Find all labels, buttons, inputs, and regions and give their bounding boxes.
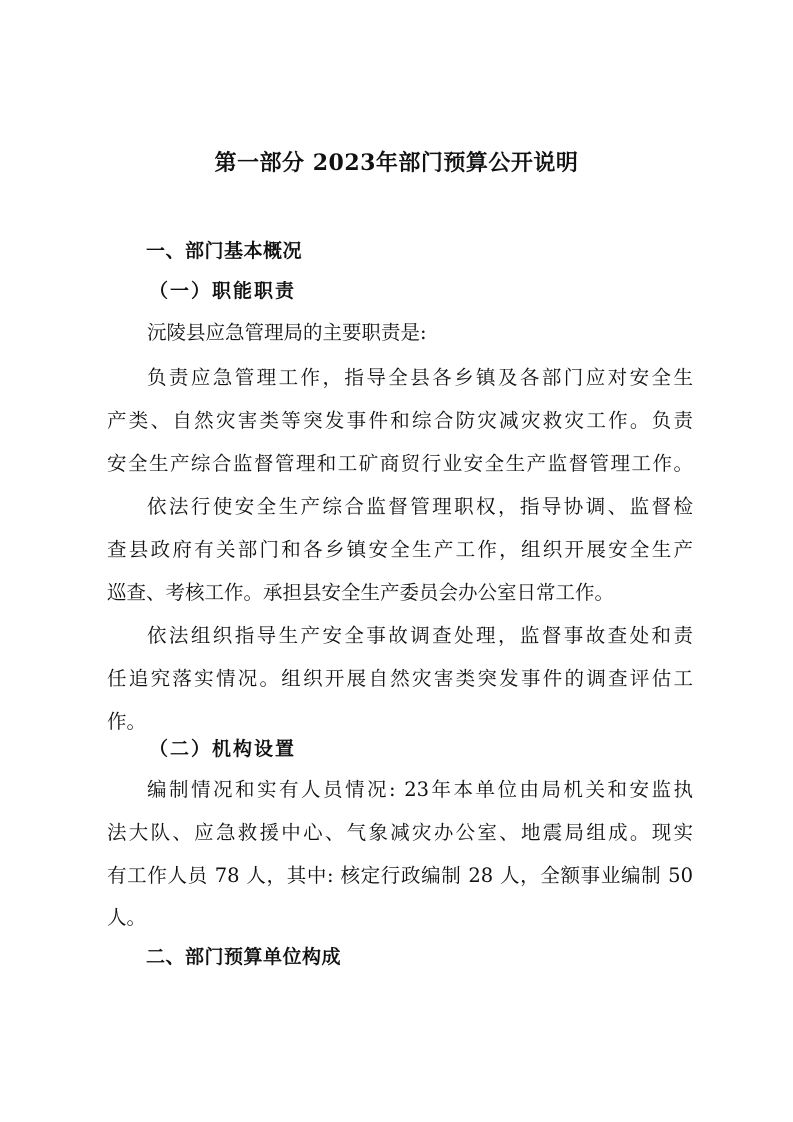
- org-p1-line3: 有工作人员 78 人，其中: 核定行政编制 28 人，全额事业编制 50: [107, 860, 693, 888]
- duties-p1-line3: 安全生产综合监督管理和工矿商贸行业安全生产监督管理工作。: [107, 448, 693, 476]
- subsection-heading-organization: （二）机构设置: [149, 734, 296, 761]
- duties-p1-line1: 负责应急管理工作，指导全县各乡镇及各部门应对安全生: [147, 362, 693, 390]
- duties-p3-line2: 任追究落实情况。组织开展自然灾害类突发事件的调查评估工: [107, 663, 693, 691]
- duties-p1-line2: 产类、自然灾害类等突发事件和综合防灾减灾救灾工作。负责: [107, 405, 693, 433]
- duties-p3-line3: 作。: [107, 706, 693, 734]
- org-p1-line1: 编制情况和实有人员情况: 23年本单位由局机关和安监执: [147, 774, 693, 802]
- duties-p2-line1: 依法行使安全生产综合监督管理职权，指导协调、监督检: [147, 491, 693, 519]
- duties-intro: 沅陵县应急管理局的主要职责是:: [147, 317, 693, 345]
- org-p1-line2: 法大队、应急救援中心、气象减灾办公室、地震局组成。现实: [107, 817, 693, 845]
- duties-p3-line1: 依法组织指导生产安全事故调查处理，监督事故查处和责: [147, 620, 693, 648]
- page-title: 第一部分 2023年部门预算公开说明: [0, 146, 793, 177]
- section-heading-budget-units: 二、部门预算单位构成: [146, 942, 341, 969]
- subsection-heading-duties: （一）职能职责: [149, 276, 296, 303]
- section-heading-basic-overview: 一、部门基本概况: [146, 236, 302, 263]
- duties-p2-line3: 巡查、考核工作。承担县安全生产委员会办公室日常工作。: [107, 577, 693, 605]
- org-p1-line4: 人。: [107, 902, 693, 930]
- document-page: 第一部分 2023年部门预算公开说明 一、部门基本概况 （一）职能职责 沅陵县应…: [0, 0, 793, 1122]
- duties-p2-line2: 查县政府有关部门和各乡镇安全生产工作，组织开展安全生产: [107, 534, 693, 562]
